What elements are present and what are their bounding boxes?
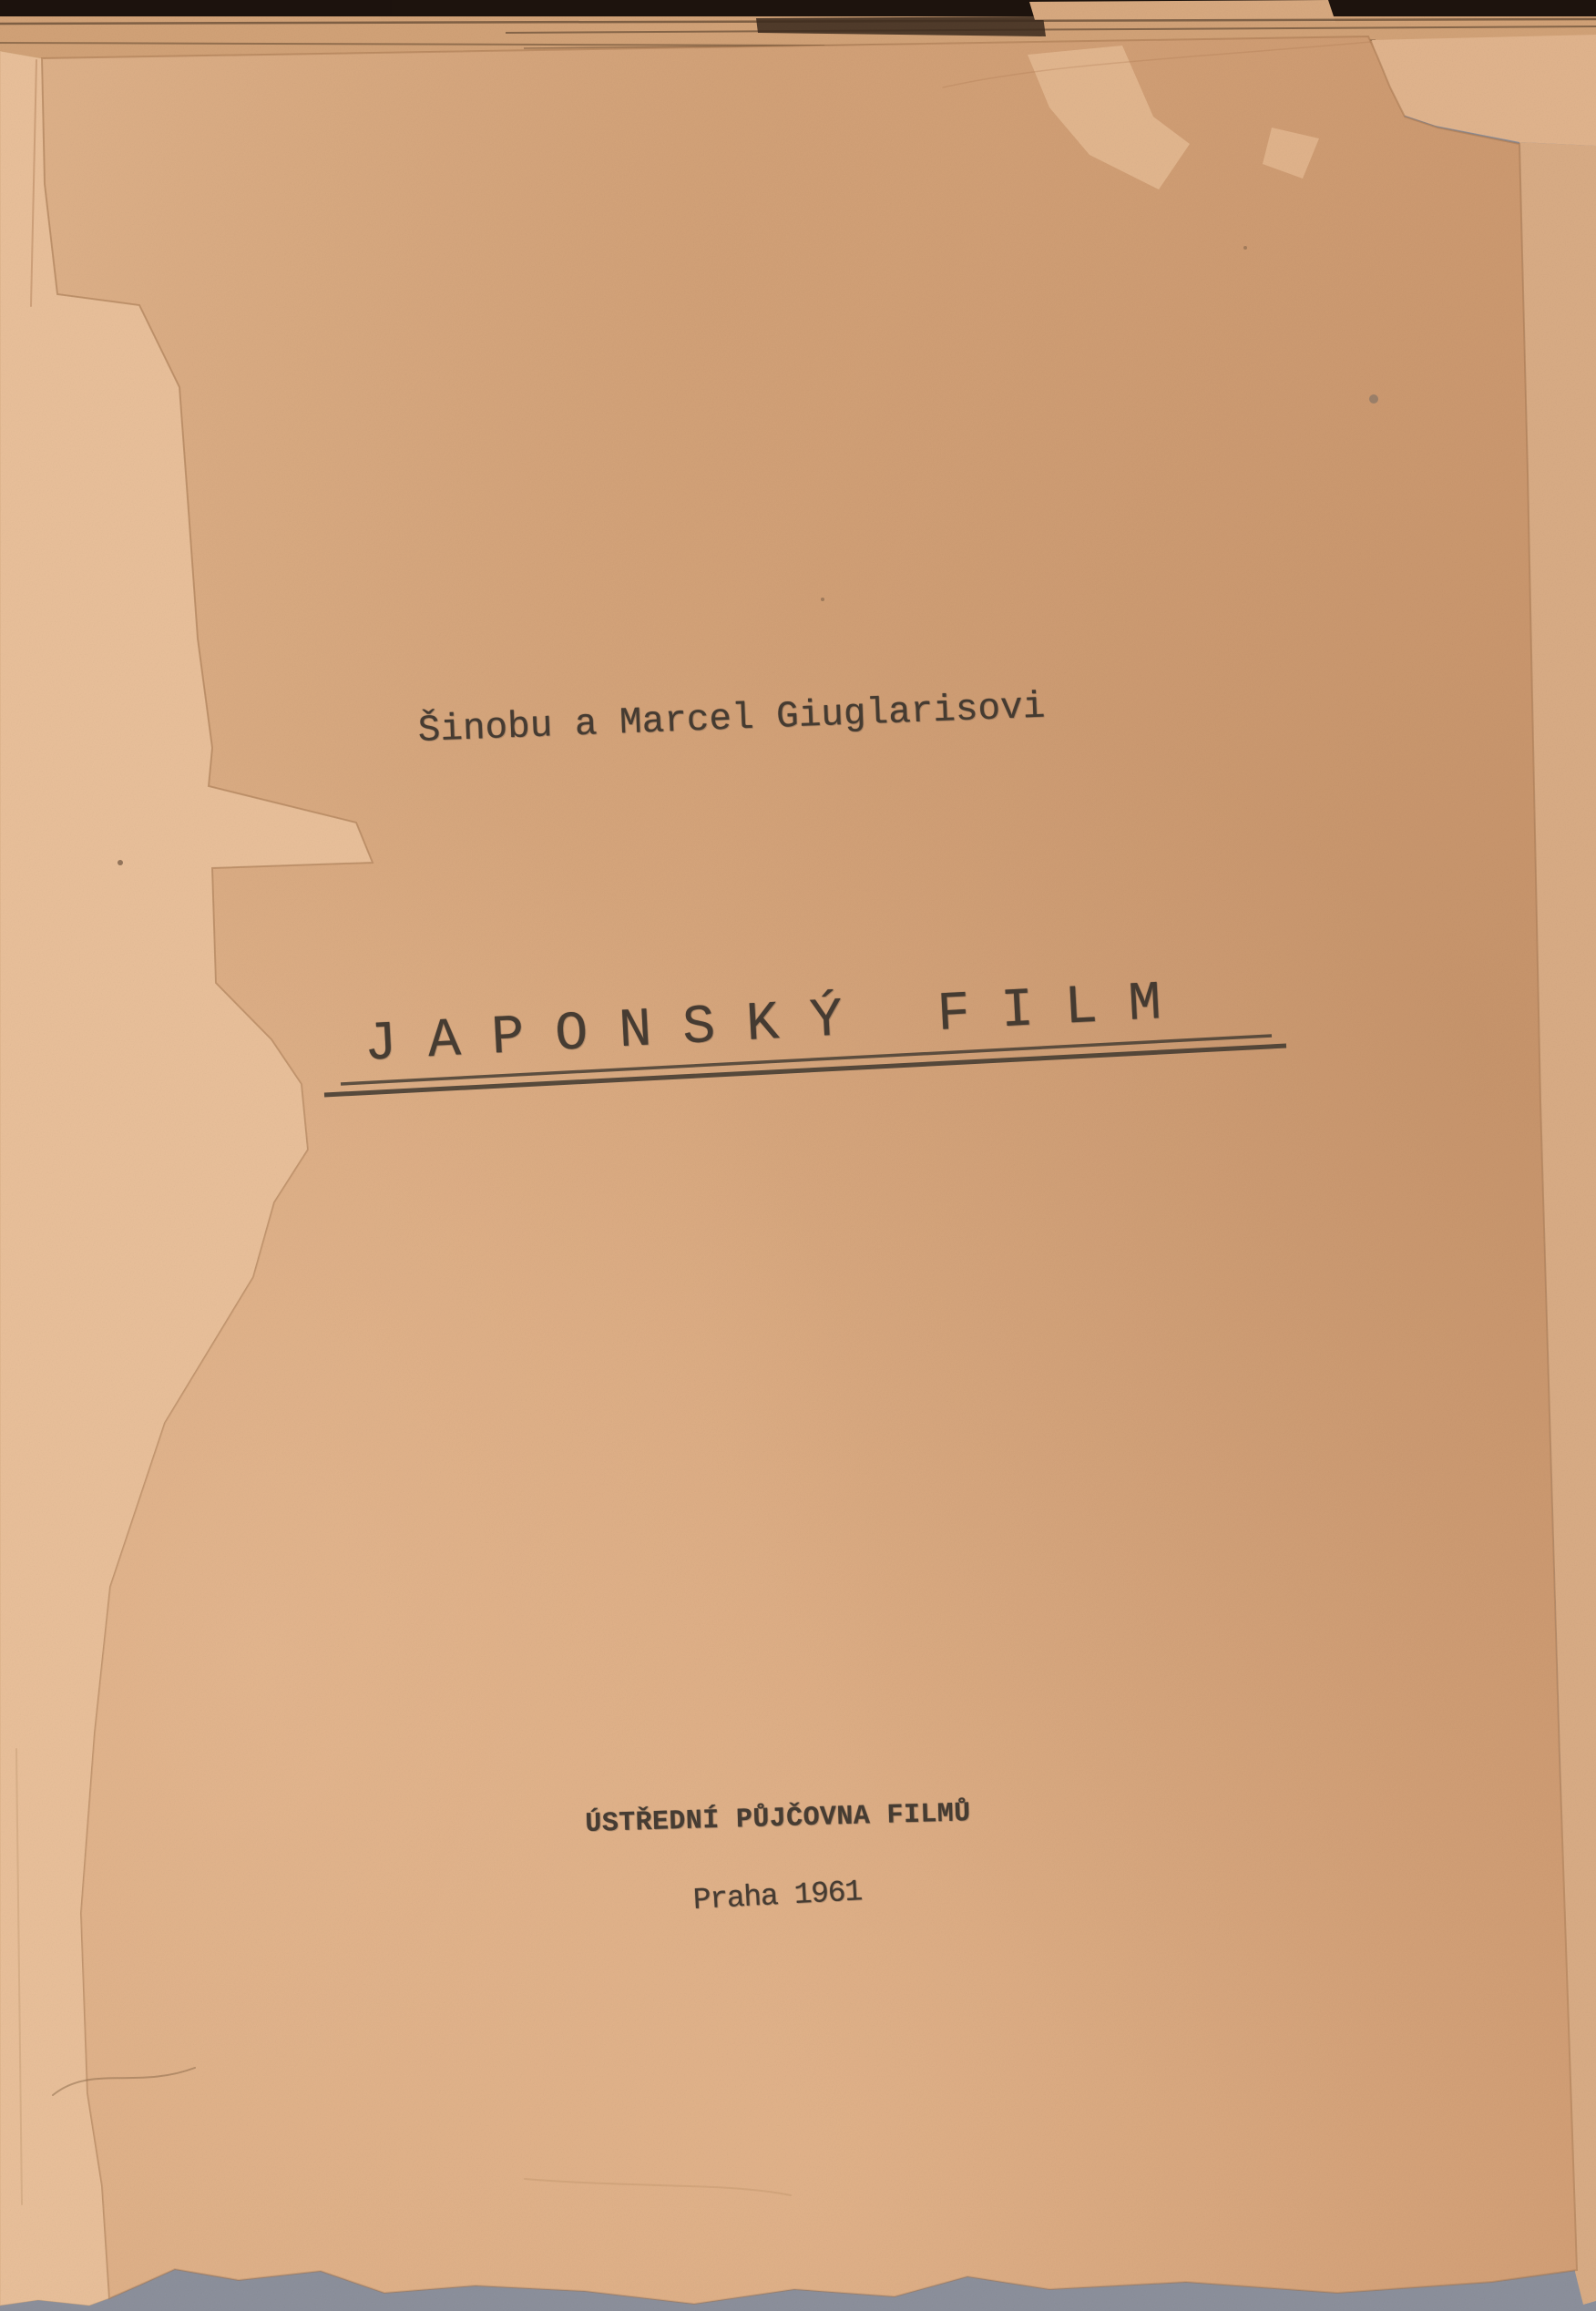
paper-grain-overlay: [0, 0, 1596, 2311]
scanned-document-cover: Šinobu a Marcel Giuglarisovi JAPONSKÝ FI…: [0, 0, 1596, 2311]
paper-artwork: [0, 0, 1596, 2311]
